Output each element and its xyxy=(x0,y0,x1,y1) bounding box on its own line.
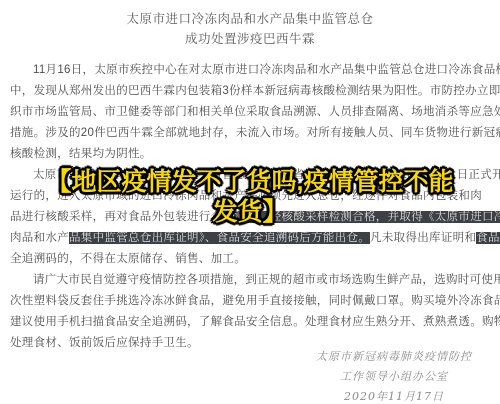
signature-date: 2020年11月17日 xyxy=(316,387,472,404)
text-segment: 中，发现从郑州发出的巴西牛霖内包装箱3份样本新冠病毒核酸检测结果为阳性。市防控办… xyxy=(10,85,500,97)
body-line: 11月16日，太原市疾控中心在对太原市进口冷冻肉品和水产品集中监管总仓进口冷冻食… xyxy=(10,60,490,81)
text-segment: 全追溯码的，不得在太原储存、销售、加工。 xyxy=(10,253,246,265)
body-line: 肉品和水产品集中监管总仓出库证明》、食品安全追溯码后方能出仓。凡未取得出库证明和… xyxy=(10,228,490,249)
body-line: 运行的，进入太原市域的进口冷冻肉品和水产品必须先进入总仓，经逐件对食品内包装和肉 xyxy=(10,186,490,207)
text-segment: 次性塑料袋反套住手挑选冷冻冰鲜食品，避免用手直接接触，同时佩戴口罩。购买境外冷冻… xyxy=(10,295,500,307)
document-title-line2: 成功处置涉疫巴西牛霖 xyxy=(0,29,500,49)
body-line: 全追溯码的，不得在太原储存、销售、加工。 xyxy=(10,249,490,270)
body-line: 次性塑料袋反套住手挑选冷冻冰鲜食品，避免用手直接接触，同时佩戴口罩。购买境外冷冻… xyxy=(10,291,490,312)
selected-text-segment: 食品安 xyxy=(476,232,500,244)
text-segment: 核酸检测，结果均为阴性。 xyxy=(10,148,152,160)
text-segment: 请广大市民自觉遵守疫情防控各项措施，到正规的超市或市场选购生鲜产品，选购时可使用… xyxy=(33,274,500,286)
document-page: 太原市进口冷冻肉品和水产品集中监管总仓 成功处置涉疫巴西牛霖 11月16日，太原… xyxy=(0,0,500,404)
body-line: 核酸检测，结果均为阴性。 xyxy=(10,144,490,165)
body-line: 中，发现从郑州发出的巴西牛霖内包装箱3份样本新冠病毒核酸检测结果为阳性。市防控办… xyxy=(10,81,490,102)
body-line: 织市市场监管局、市卫健委等部门和相关单位采取食品溯源、人员排查隔离、场地消杀等应… xyxy=(10,102,490,123)
signature-org-line1: 太原市新冠病毒肺炎疫情防控 xyxy=(316,347,472,367)
signature-org-line2: 工作领导小组办公室 xyxy=(316,367,472,387)
signature-block: 太原市新冠病毒肺炎疫情防控 工作领导小组办公室 2020年11月17日 xyxy=(316,347,472,404)
text-segment: 11月16日，太原市疾控中心在对太原市进口冷冻肉品和水产品集中监管总仓进口冷冻食… xyxy=(33,64,500,76)
text-segment: 建议使用手机扫描食品安全追溯码，了解食品安全信息。处理食材应生熟分开、煮熟煮透。… xyxy=(10,316,500,328)
document-title-line1: 太原市进口冷冻肉品和水产品集中监管总仓 xyxy=(0,9,500,29)
text-segment: 品进行核酸采样，再对食品外包装进行全面 xyxy=(10,211,234,223)
body-line: 建议使用手机扫描食品安全追溯码，了解食品安全信息。处理食材应生熟分开、煮熟煮透。… xyxy=(10,312,490,333)
text-segment: 肉品和水产 xyxy=(10,232,69,244)
body-line: 措施。涉及的20件巴西牛霖全部就地封存，未流入市场。对所有接触人员、同车货物进行… xyxy=(10,123,490,144)
body-lines: 11月16日，太原市疾控中心在对太原市进口冷冻肉品和水产品集中监管总仓进口冷冻食… xyxy=(0,60,500,354)
text-segment: 凡未取得出库证明和 xyxy=(370,232,476,244)
text-segment: 织市市场监管局、市卫健委等部门和相关单位采取食品溯源、人员排查隔离、场地消杀等应… xyxy=(10,106,500,118)
body-line: 请广大市民自觉遵守疫情防控各项措施，到正规的超市或市场选购生鲜产品，选购时可使用… xyxy=(10,270,490,291)
text-segment: 措施。涉及的20件巴西牛霖全部就地封存，未流入市场。对所有接触人员、同车货物进行… xyxy=(10,127,500,139)
document-title: 太原市进口冷冻肉品和水产品集中监管总仓 成功处置涉疫巴西牛霖 xyxy=(0,9,500,49)
selected-text-segment: 消杀，经核酸采样检测合格，并取得《太原市进口冷 xyxy=(234,211,500,223)
body-line: 太原市进口冷冻肉品和水产品集中监管总仓是按照省委省政府部署于2020年11月1日… xyxy=(10,165,490,186)
selected-text-segment: 品集中监管总仓出库证明》、食品安全追溯码后方能出仓。 xyxy=(69,232,370,244)
body-line: 品进行核酸采样，再对食品外包装进行全面消杀，经核酸采样检测合格，并取得《太原市进… xyxy=(10,207,490,228)
text-segment: 太原市进口冷冻肉品和水产品集中监管总仓是按照省委省政府部署于2020年11月1日… xyxy=(33,169,500,181)
text-segment: 处理食材、饭前饭后应保持手卫生。 xyxy=(10,337,199,349)
text-segment: 运行的，进入太原市域的进口冷冻肉品和水产品必须先进入总仓，经逐件对食品内包装和肉 xyxy=(10,190,482,202)
